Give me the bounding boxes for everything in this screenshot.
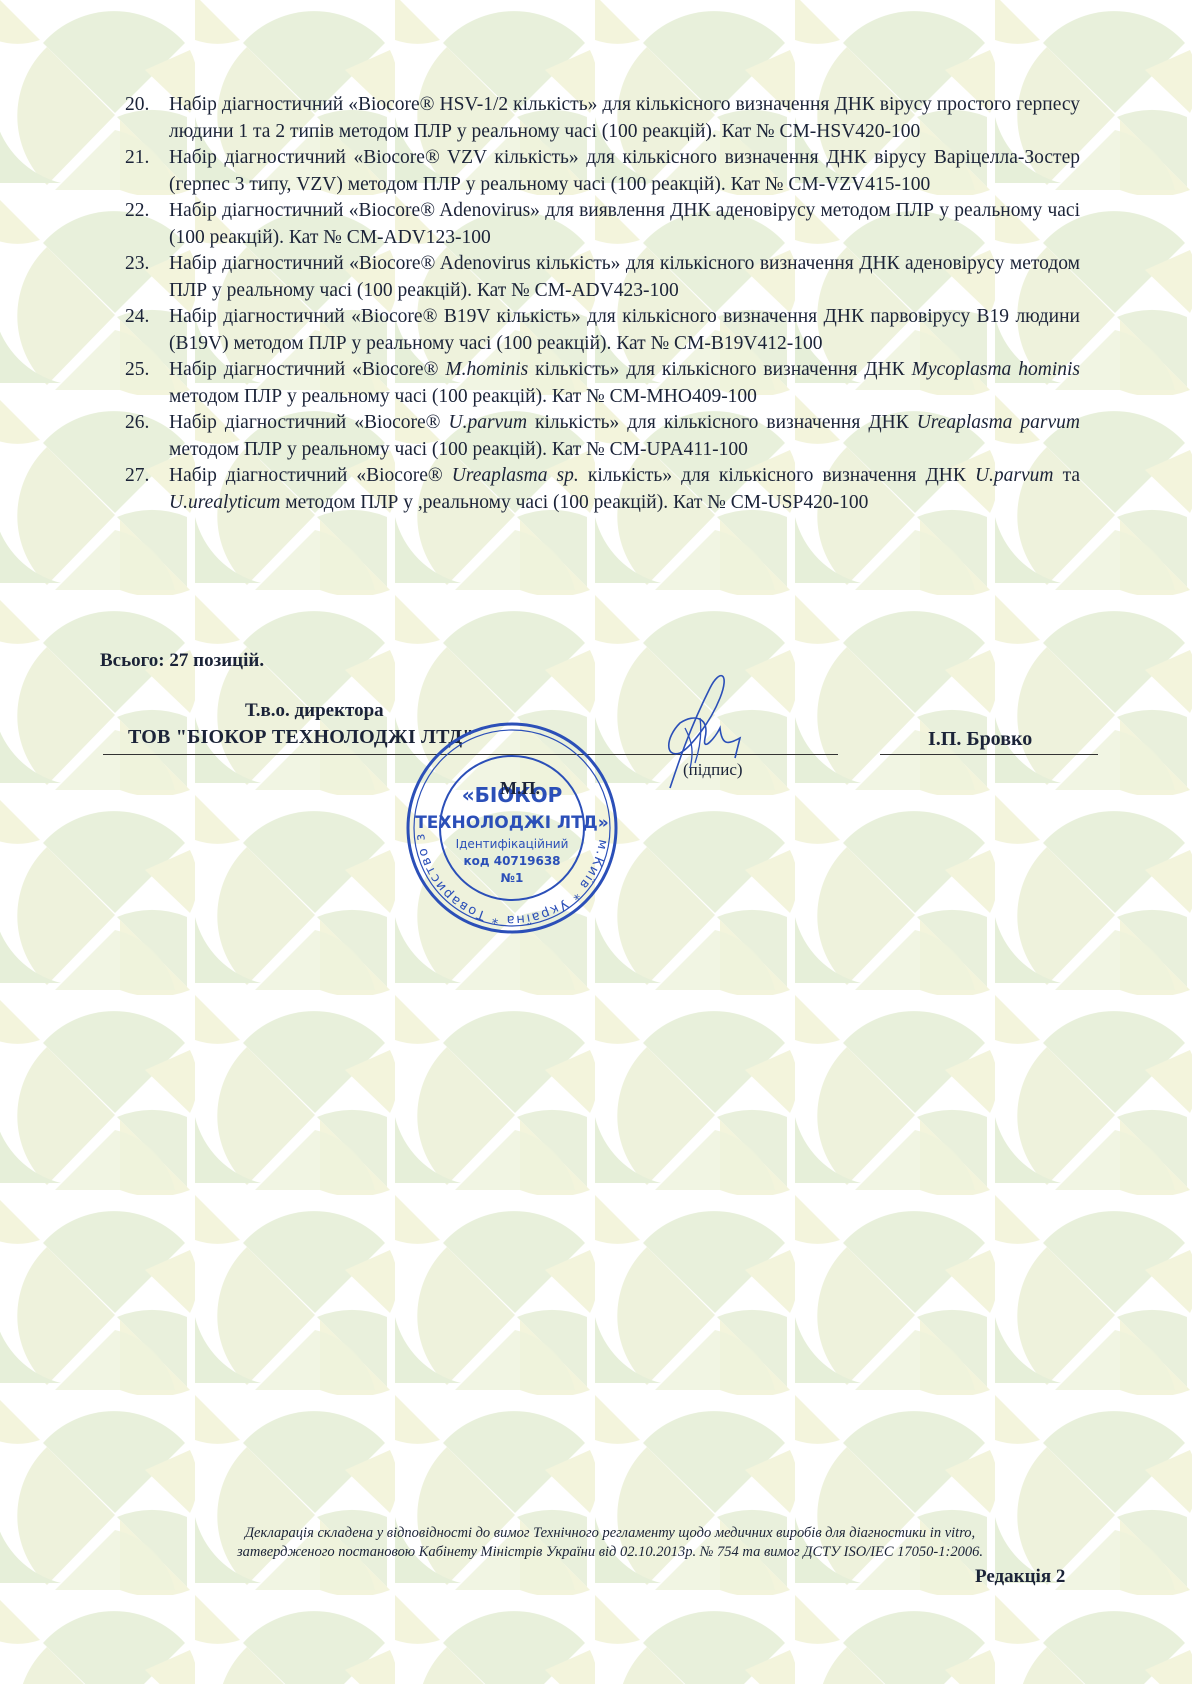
item-number: 21. [125,145,149,172]
item-text: Набір діагностичний «Biocore® VZV кількі… [169,147,1080,195]
item-text: кількість» для кількісного визначення ДН… [528,359,911,380]
species-name: Mycoplasma hominis [912,359,1080,380]
list-item: 25.Набір діагностичний «Biocore® M.homin… [125,357,1080,410]
stamp-line2: ТЕХНОЛОДЖІ ЛТД» [415,813,609,833]
item-number: 25. [125,357,149,384]
seal-label: М.П. [500,778,540,799]
item-number: 23. [125,251,149,278]
item-text: Набір діагностичний «Biocore® [169,412,449,433]
stamp-line5: №1 [501,871,524,885]
stamp-line4: код 40719638 [463,854,560,868]
item-number: 27. [125,463,149,490]
list-item: 20.Набір діагностичний «Biocore® HSV-1/2… [125,92,1080,145]
footnote-line-2: затвердженого постановою Кабінету Мініст… [130,1543,1090,1562]
handwritten-signature [660,668,750,798]
list-item: 26.Набір діагностичний «Biocore® U.parvu… [125,410,1080,463]
item-text: методом ПЛР у реальному часі (100 реакці… [169,439,748,460]
item-text: Набір діагностичний «Biocore® Adenovirus… [169,200,1080,248]
item-text: та [1054,465,1081,486]
edition-label: Редакція 2 [975,1566,1065,1588]
item-number: 26. [125,410,149,437]
list-item: 24.Набір діагностичний «Biocore® B19V кі… [125,304,1080,357]
footnote-line-1: Декларація складена у відповідності до в… [130,1524,1090,1543]
item-number: 24. [125,304,149,331]
signatory-role: Т.в.о. директора [245,700,384,722]
item-text: кількість» для кількісного визначення ДН… [527,412,917,433]
signatory-name: І.П. Бровко [928,728,1032,751]
item-text: методом ПЛР у реальному часі (100 реакці… [169,386,757,407]
list-item: 22.Набір діагностичний «Biocore® Adenovi… [125,198,1080,251]
species-name: Ureaplasma parvum [917,412,1080,433]
item-text: Набір діагностичний «Biocore® [169,465,452,486]
list-item: 27.Набір діагностичний «Biocore® Ureapla… [125,463,1080,516]
item-text: Набір діагностичний «Biocore® HSV-1/2 кі… [169,94,1080,142]
footnote: Декларація складена у відповідності до в… [130,1524,1090,1562]
species-name: Ureaplasma sp. [452,465,579,486]
name-line [880,754,1098,755]
item-number: 22. [125,198,149,225]
total-positions: Всього: 27 позицій. [100,650,264,672]
species-name: M.hominis [445,359,528,380]
item-text: методом ПЛР у ,реальному часі (100 реакц… [280,492,868,513]
species-name: U.urealyticum [169,492,280,513]
item-text: Набір діагностичний «Biocore® B19V кільк… [169,306,1080,354]
company-stamp: м.Київ * Україна * Товариство з обмежено… [404,720,620,936]
item-number: 20. [125,92,149,119]
species-name: U.parvum [449,412,528,433]
stamp-line3: Ідентифікаційний [456,837,569,851]
item-text: кількість» для кількісного визначення ДН… [579,465,975,486]
list-item: 23.Набір діагностичний «Biocore® Adenovi… [125,251,1080,304]
item-text: Набір діагностичний «Biocore® [169,359,445,380]
species-name: U.parvum [975,465,1054,486]
list-item: 21.Набір діагностичний «Biocore® VZV кіл… [125,145,1080,198]
product-list: 20.Набір діагностичний «Biocore® HSV-1/2… [125,92,1080,516]
item-text: Набір діагностичний «Biocore® Adenovirus… [169,253,1080,301]
